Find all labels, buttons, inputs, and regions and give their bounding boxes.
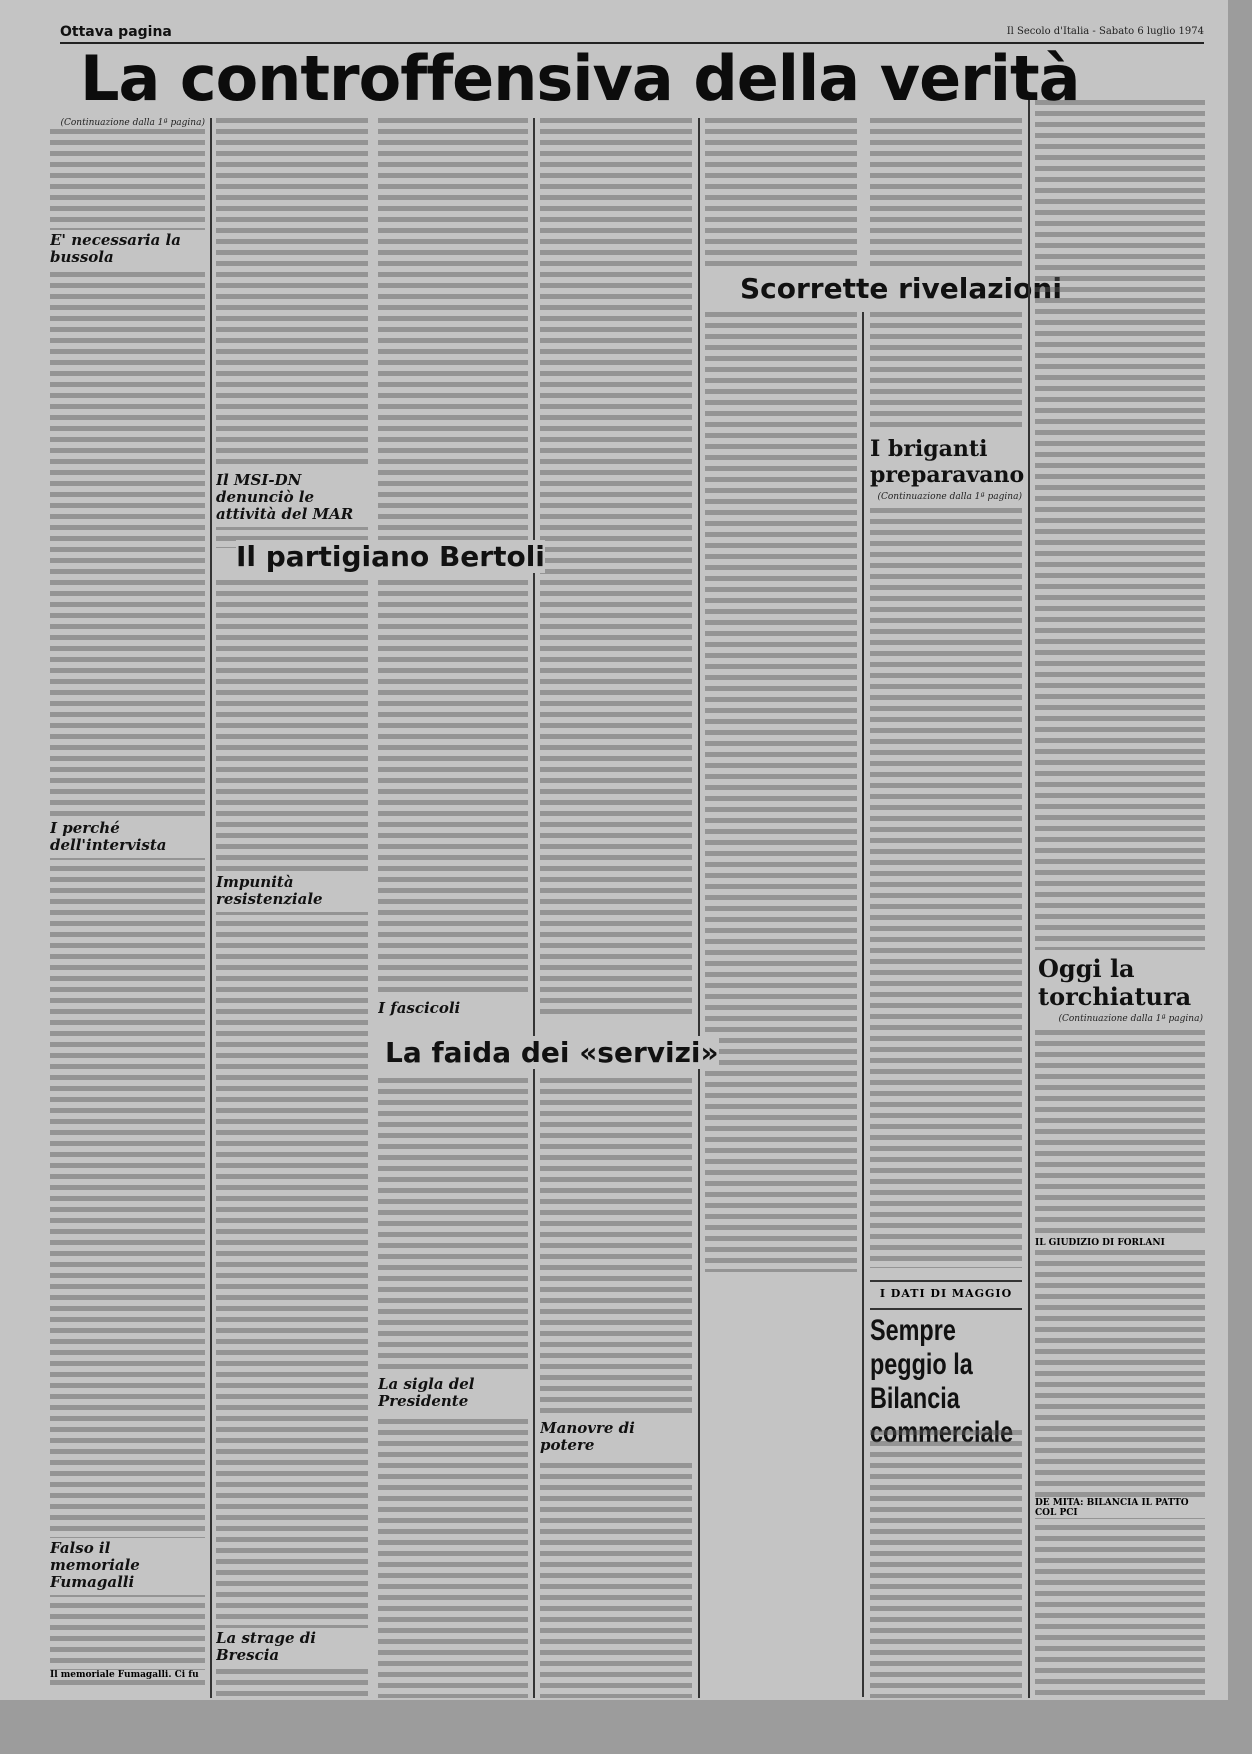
column-1: (Continuazione dalla 1ª pagina) E' neces…: [50, 118, 205, 1690]
faida-col-1: La sigla del Presidente: [378, 1078, 528, 1698]
article-title-faida: La faida dei «servizi»: [385, 1036, 719, 1069]
scorrette-col-2: [870, 312, 1022, 432]
section-label: Ottava pagina: [60, 24, 172, 40]
bilancia-col: I DATI DI MAGGIO Sempre peggio la Bilanc…: [870, 1280, 1022, 1698]
article-title-briganti: I briganti preparavano: [870, 436, 1025, 488]
scorrette-col-1: [705, 312, 857, 1272]
column-6: [870, 118, 1022, 268]
subhead: DE MITA: BILANCIA IL PATTO COL PCI: [1035, 1498, 1205, 1518]
subhead: Il MSI-DN denunciò le attività del MAR: [216, 470, 368, 527]
page-headline: La controffensiva della verità: [80, 48, 1079, 110]
column-7: [1035, 100, 1205, 950]
article-title-partigiano: Il partigiano Bertoli: [236, 540, 545, 573]
article-kicker: (Continuazione dalla 1ª pagina): [1035, 1014, 1203, 1024]
subhead: La sigla del Presidente: [378, 1374, 528, 1414]
subhead: Falso il memoriale Fumagalli: [50, 1538, 205, 1595]
subhead: Impunità resistenziale: [216, 872, 368, 912]
faida-col-2: Manovre di potere: [540, 1078, 692, 1698]
subhead: IL GIUDIZIO DI FORLANI: [1035, 1238, 1205, 1248]
column-2: Il MSI-DN denunciò le attività del MAR: [216, 118, 368, 548]
box-kicker: I DATI DI MAGGIO: [870, 1280, 1022, 1310]
subhead: E' necessaria la bussola: [50, 230, 205, 270]
newspaper-page: Ottava pagina Il Secolo d'Italia - Sabat…: [0, 0, 1228, 1700]
column-3: [378, 118, 528, 548]
subhead: Manovre di potere: [540, 1418, 692, 1458]
subhead: I perché dell'intervista: [50, 818, 205, 858]
partigiano-col-1: Impunità resistenziale La strage di Bres…: [216, 580, 368, 1698]
article-title-torchiatura: Oggi la torchiatura: [1038, 955, 1198, 1011]
column-4: [540, 118, 692, 1018]
torchiatura-col: IL GIUDIZIO DI FORLANI DE MITA: BILANCIA…: [1035, 1030, 1205, 1698]
continuation-fragment: Il memoriale Fumagalli. Ci fu: [50, 1670, 205, 1680]
article-kicker: (Continuazione dalla 1ª pagina): [50, 118, 205, 128]
subhead: La strage di Brescia: [216, 1628, 368, 1668]
column-5: [705, 118, 857, 268]
subhead: I fascicoli: [378, 998, 528, 1020]
briganti-col: [870, 508, 1022, 1268]
masthead: Ottava pagina Il Secolo d'Italia - Sabat…: [60, 22, 1204, 44]
partigiano-col-2: I fascicoli: [378, 580, 528, 1020]
article-kicker: (Continuazione dalla 1ª pagina): [870, 492, 1022, 502]
dateline: Il Secolo d'Italia - Sabato 6 luglio 197…: [1007, 26, 1204, 37]
article-title-scorrette: Scorrette rivelazioni: [740, 272, 1062, 305]
